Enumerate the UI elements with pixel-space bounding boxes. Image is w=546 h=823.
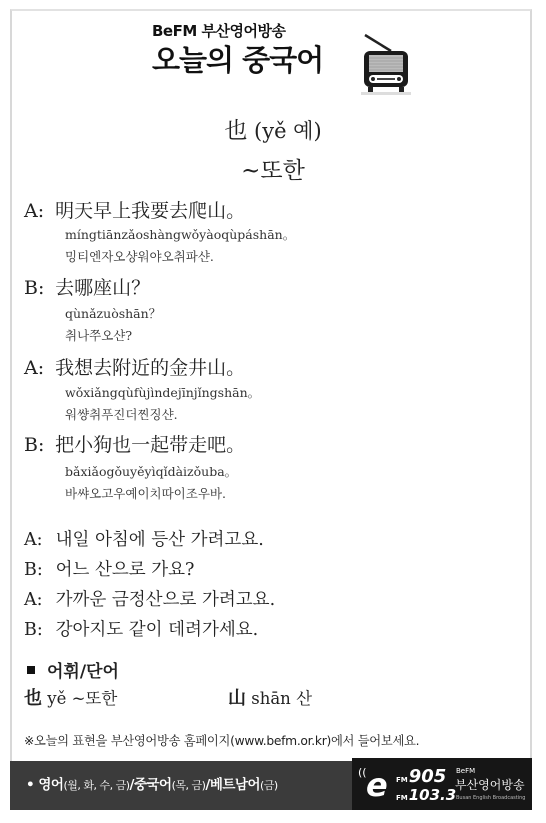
- korean-reading-line: 밍티엔자오샹워야오취파샨.: [65, 247, 214, 265]
- korean-reading-line: 워썅취푸진더찐징샨.: [65, 405, 178, 423]
- korean-sentence: 어느 산으로 가요?: [56, 560, 195, 580]
- speaker-label: A:: [24, 200, 50, 222]
- vocab-heading-label: 어휘/단어: [47, 662, 119, 682]
- dialogue-line-zh: B: 把小狗也一起带走吧。: [24, 430, 245, 457]
- vocab-pinyin: yě: [47, 689, 66, 708]
- expression-reading: (yě 예): [254, 119, 322, 143]
- radio-icon: [361, 33, 411, 95]
- e-logo-icon: e: [366, 766, 388, 804]
- chinese-sentence: 明天早上我要去爬山。: [55, 200, 245, 222]
- speaker-label: B:: [24, 434, 50, 456]
- pinyin-line: míngtiānzǎoshàngwǒyàoqùpáshān。: [65, 225, 295, 243]
- vocab-item: 也 yě ~또한: [24, 684, 117, 710]
- dialogue-line-zh: A: 明天早上我要去爬山。: [24, 196, 245, 223]
- korean-sentence: 강아지도 같이 데려가세요.: [56, 620, 259, 640]
- vocab-hanzi: 山: [228, 688, 246, 709]
- speaker-label: A:: [24, 357, 50, 379]
- pinyin-line: bǎxiǎogǒuyěyìqǐdàizǒuba。: [65, 462, 237, 480]
- dialogue-line-ko: A: 가까운 금정산으로 가려고요.: [24, 586, 275, 611]
- bullet: •: [26, 777, 34, 793]
- logo-brand-english: Busan English Broadcasting: [456, 795, 525, 801]
- dialogue-line-ko: B: 강아지도 같이 데려가세요.: [24, 616, 258, 641]
- dialogue-line-zh: B: 去哪座山？: [24, 273, 150, 300]
- schedule-english: 영어: [38, 777, 63, 793]
- schedule-vietnamese: /베트남어: [205, 777, 260, 793]
- chinese-sentence: 我想去附近的金井山。: [55, 357, 245, 379]
- vocab-meaning: 산: [296, 689, 312, 708]
- korean-reading-line: 취나쭈오샨?: [65, 326, 132, 344]
- expression-title: 也 (yě 예): [0, 112, 546, 145]
- pinyin-line: wǒxiǎngqùfùjìndejīnjǐngshān。: [65, 383, 260, 401]
- vocab-meaning: ~또한: [72, 689, 118, 708]
- schedule-vietnamese-days: (금): [260, 779, 278, 792]
- speaker-label: A:: [24, 530, 50, 550]
- schedule-chinese-days: (목, 금): [172, 779, 206, 792]
- pinyin-line: qùnǎzuòshān？: [65, 304, 161, 322]
- dialogue-line-ko: A: 내일 아침에 등산 가려고요.: [24, 526, 264, 551]
- vocab-hanzi: 也: [24, 688, 42, 709]
- logo-brand-small: BeFM: [456, 767, 475, 775]
- speaker-label: B:: [24, 560, 50, 580]
- vocab-item: 山 shān 산: [228, 684, 312, 710]
- speaker-label: B:: [24, 620, 50, 640]
- korean-sentence: 내일 아침에 등산 가려고요.: [56, 530, 264, 550]
- logo-brand-korean: 부산영어방송: [455, 776, 525, 793]
- dialogue-line-zh: A: 我想去附近的金井山。: [24, 353, 245, 380]
- header-banner: BeFM 부산영어방송 오늘의 중국어: [0, 14, 546, 94]
- expression-meaning: ~또한: [0, 152, 546, 185]
- expression-hanzi: 也: [224, 118, 247, 144]
- show-title: 오늘의 중국어: [152, 38, 323, 79]
- chinese-sentence: 去哪座山？: [55, 277, 150, 299]
- vocab-pinyin: shān: [251, 689, 291, 708]
- dialogue-line-ko: B: 어느 산으로 가요?: [24, 556, 194, 581]
- frequency-secondary: FM103.3: [396, 786, 456, 804]
- speaker-label: B:: [24, 277, 50, 299]
- vocab-heading: 어휘/단어: [27, 657, 119, 682]
- chinese-sentence: 把小狗也一起带走吧。: [55, 434, 245, 456]
- speaker-label: A:: [24, 590, 50, 610]
- korean-sentence: 가까운 금정산으로 가려고요.: [56, 590, 276, 610]
- frequency-primary: FM905: [396, 766, 446, 787]
- listen-note: ※오늘의 표현을 부산영어방송 홈페이지(www.befm.or.kr)에서 들…: [24, 731, 419, 749]
- schedule-english-days: (월, 화, 수, 금): [63, 779, 129, 792]
- korean-reading-line: 바쌰오고우예이치따이조우바.: [65, 484, 226, 502]
- square-bullet-icon: [27, 666, 35, 674]
- schedule-chinese: /중국어: [130, 777, 172, 793]
- befm-logo: (( e FM905 FM103.3 BeFM 부산영어방송 Busan Eng…: [352, 758, 532, 810]
- broadcast-schedule-bar: • 영어(월, 화, 수, 금)/중국어(목, 금)/베트남어(금): [10, 761, 352, 810]
